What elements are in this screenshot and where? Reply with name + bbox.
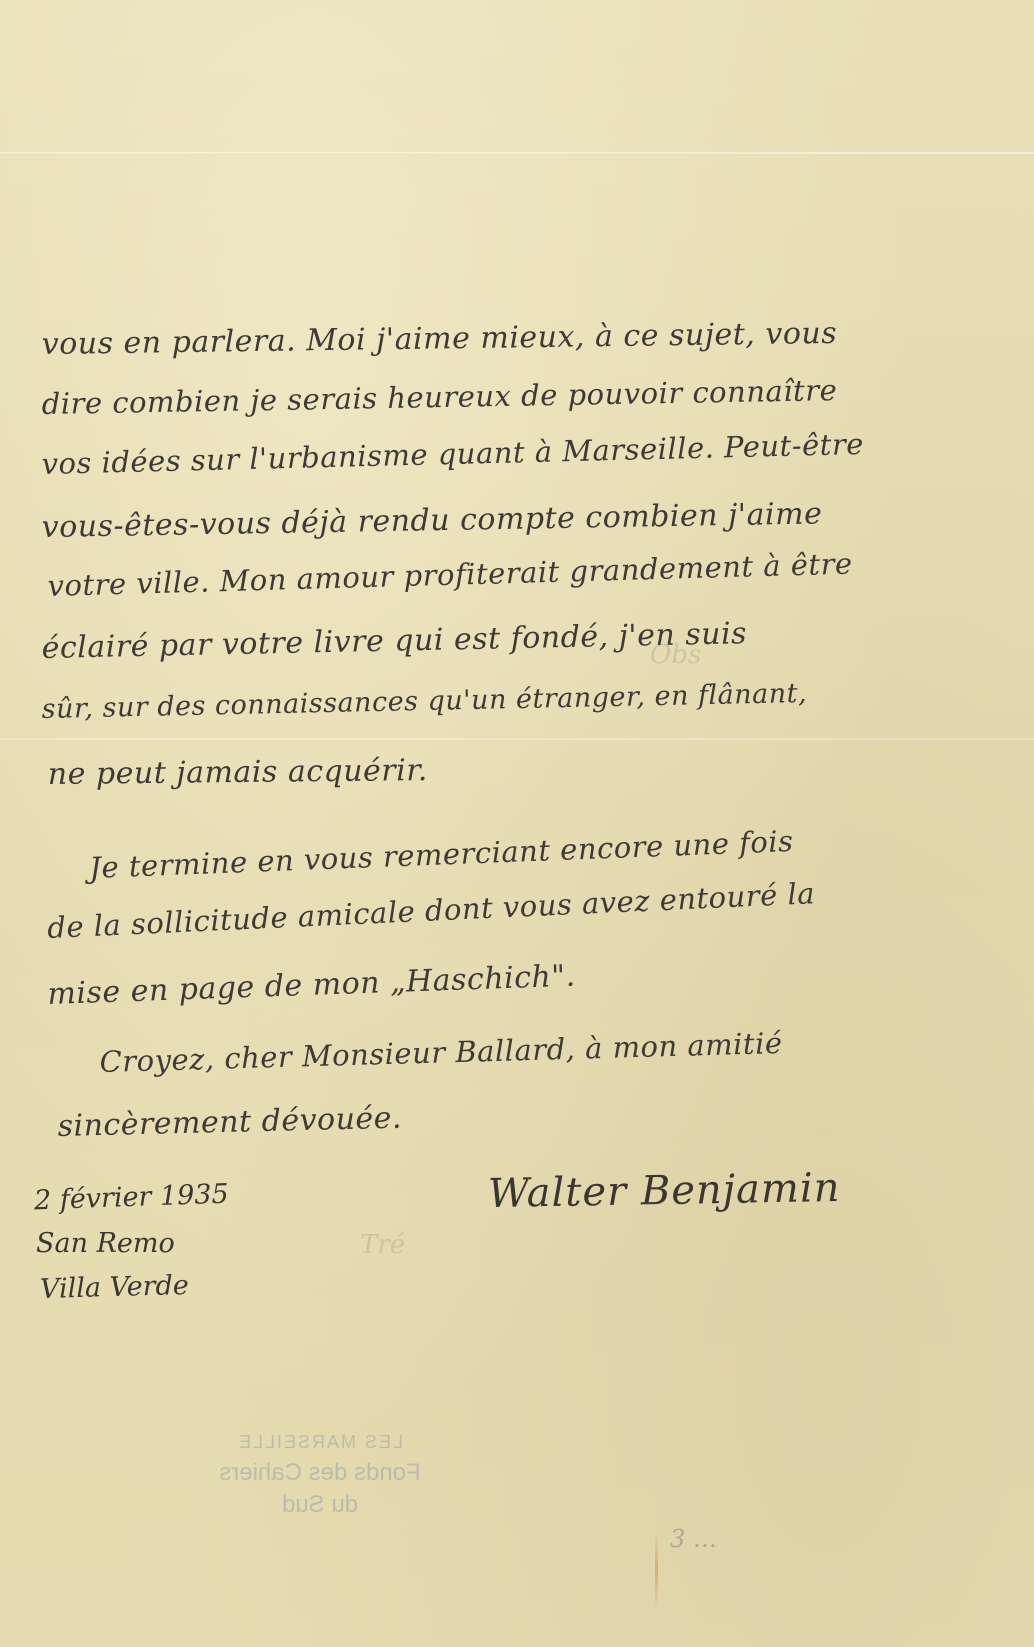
letter-line: de la sollicitude amicale dont vous avez… [47,879,816,943]
letter-line: ne peut jamais acquérir. [48,756,428,790]
paper-fold-crease [0,738,1034,741]
letter-line: sûr, sur des connaissances qu'un étrange… [41,680,807,723]
closing-line: sincèrement dévouée. [57,1104,402,1142]
place-line: San Remo [36,1228,175,1259]
letter-line: Je termine en vous remerciant encore une… [89,827,794,883]
letter-line: votre ville. Mon amour profiterait grand… [47,550,853,601]
archive-stamp-line: du Sud [200,1491,440,1519]
archive-stamp-line: Fonds des Cahiers [200,1459,440,1487]
pencil-annotation: 3 … [670,1525,717,1553]
letter-line: mise en page de mon „Haschich". [47,962,576,1010]
closing-line: Croyez, cher Monsieur Ballard, à mon ami… [99,1029,783,1077]
signature: Walter Benjamin [488,1165,841,1217]
archive-stamp-line: LES MARSEILLE [200,1432,440,1453]
letter-line: vos idées sur l'urbanisme quant à Marsei… [41,430,864,479]
letter-page: { "document": { "type": "handwritten-let… [0,0,1034,1647]
place-line: Villa Verde [40,1270,190,1305]
letter-date: 2 février 1935 [34,1179,230,1217]
paper-stain [655,1530,658,1610]
letter-line: dire combien je serais heureux de pouvoi… [41,376,837,419]
archive-stamp: LES MARSEILLE Fonds des Cahiers du Sud [200,1432,440,1519]
letter-line: vous en parlera. Moi j'aime mieux, à ce … [42,319,838,360]
bleed-through-text: Tré [360,1230,405,1260]
letter-line: vous-êtes-vous déjà rendu compte combien… [41,499,822,543]
letter-line: éclairé par votre livre qui est fondé, j… [41,619,747,664]
paper-fold-crease [0,152,1034,155]
